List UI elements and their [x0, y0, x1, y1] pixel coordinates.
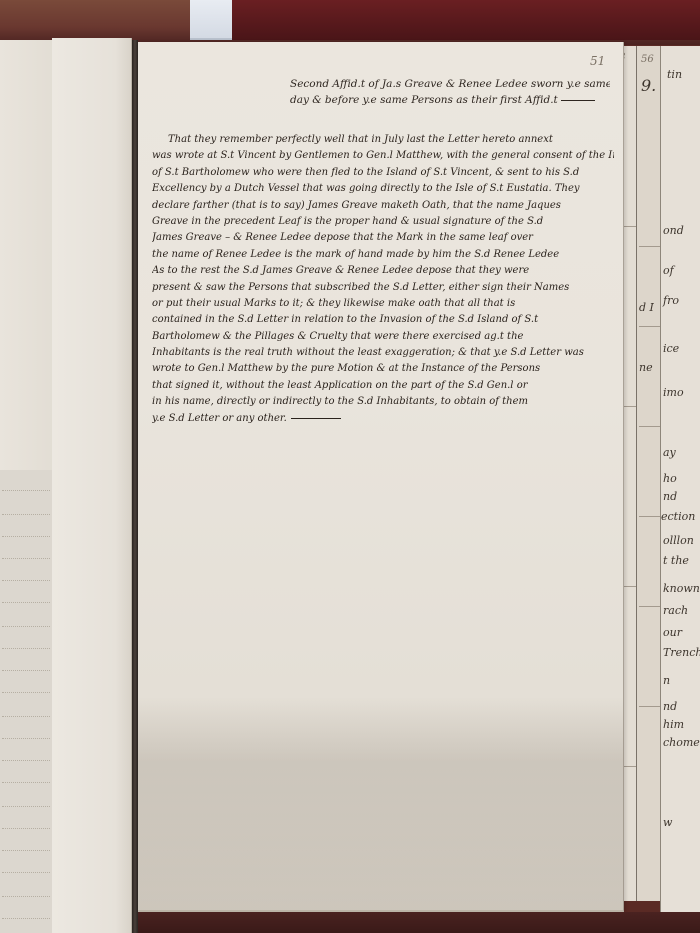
body-line: contained in the S.d Letter in relation … — [152, 312, 614, 328]
photo-shadow — [138, 697, 624, 912]
paper-tab — [190, 0, 232, 40]
folio-number: 51 — [590, 54, 605, 68]
body-line: or put their usual Marks to it; & they l… — [152, 296, 614, 312]
body-line: As to the rest the S.d James Greave & Re… — [152, 263, 614, 279]
body-line: present & saw the Persons that subscribe… — [152, 280, 614, 296]
left-page-flap — [52, 38, 132, 933]
affidavit-heading: Second Affid.t of Ja.s Greave & Renee Le… — [290, 76, 610, 109]
body-line: in his name, directly or indirectly to t… — [152, 394, 614, 410]
body-line: Inhabitants is the real truth without th… — [152, 345, 614, 361]
body-line: y.e S.d Letter or any other. — [152, 411, 614, 427]
background-bottom — [138, 912, 700, 933]
body-line: James Greave – & Renee Ledee depose that… — [152, 230, 614, 246]
body-line: Greave in the precedent Leaf is the prop… — [152, 214, 614, 230]
manuscript-page: 51 Second Affid.t of Ja.s Greave & Renee… — [138, 42, 624, 912]
body-line: declare farther (that is to say) James G… — [152, 198, 614, 214]
body-line: That they remember perfectly well that i… — [152, 132, 614, 148]
body-line: of S.t Bartholomew who were then fled to… — [152, 165, 614, 181]
heading-line: day & before y.e same Persons as their f… — [290, 92, 610, 108]
page-edge-2: 56 9. d I ne — [636, 46, 662, 901]
body-line: that signed it, without the least Applic… — [152, 378, 614, 394]
red-cover — [232, 0, 700, 40]
left-page-bleed-through-text — [0, 470, 52, 933]
body-line: Bartholomew & the Pillages & Cruelty tha… — [152, 329, 614, 345]
page-edge-3: tin ond of fro ice imo ay ho nd ection o… — [660, 46, 700, 933]
left-page-underneath — [0, 40, 55, 933]
body-line: Excellency by a Dutch Vessel that was go… — [152, 181, 614, 197]
heading-line: Second Affid.t of Ja.s Greave & Renee Le… — [290, 76, 610, 92]
body-line: was wrote at S.t Vincent by Gentlemen to… — [152, 148, 614, 164]
affidavit-body: That they remember perfectly well that i… — [152, 132, 614, 427]
folio-number: 56 — [641, 54, 654, 65]
body-line: wrote to Gen.l Matthew by the pure Motio… — [152, 361, 614, 377]
body-line: the name of Renee Ledee is the mark of h… — [152, 247, 614, 263]
